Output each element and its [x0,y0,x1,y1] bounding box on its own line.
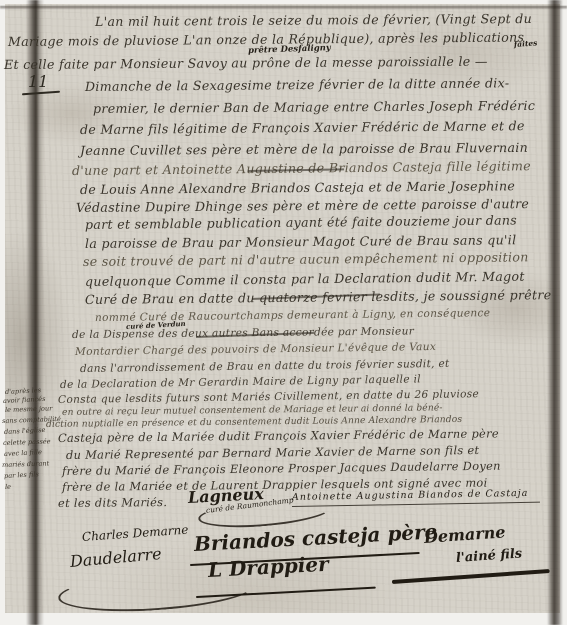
manuscript-line: Jeanne Cuvillet ses père et mère de la p… [80,140,528,158]
page-edge-right [547,0,563,625]
margin-note: celette passée [3,437,51,447]
manuscript-line: et les dits Mariés. [58,495,167,510]
manuscript-line: premier, le dernier Ban de Mariage entre… [93,98,535,116]
margin-note: le mesme jour [5,404,53,414]
manuscript-line: L'an mil huit cent trois le seize du moi… [95,11,532,29]
page-top-edge [0,6,567,9]
margin-note: le [5,483,11,491]
interlinear-note-faites: faites [514,38,538,49]
act-number: 11 [28,72,48,91]
margin-note: mariés durant [2,459,50,469]
scanned-manuscript-page: 11 L'an mil huit cent trois le seize du … [0,0,567,625]
